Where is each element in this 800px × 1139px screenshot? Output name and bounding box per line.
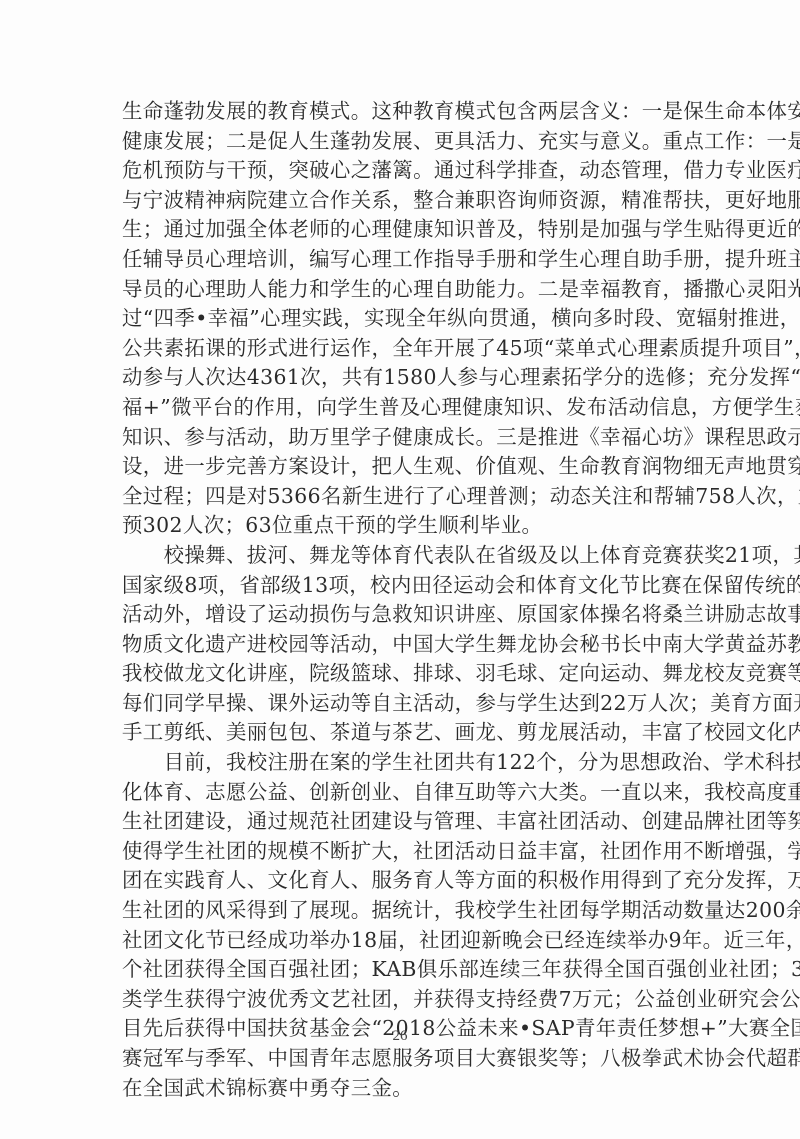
body-text: 生命蓬勃发展的教育模式。这种教育模式包含两层含义：一是保生命本体安全、 健康发展… (122, 97, 682, 1103)
document-page: 生命蓬勃发展的教育模式。这种教育模式包含两层含义：一是保生命本体安全、 健康发展… (0, 0, 800, 1139)
text-line: 在全国武术锦标赛中勇夺三金。 (122, 1074, 682, 1104)
text-line: 团在实践育人、文化育人、服务育人等方面的积极作用得到了充分发挥，万里学 (122, 866, 682, 896)
text-line: 与宁波精神病院建立合作关系，整合兼职咨询师资源，精准帮扶，更好地服务学 (122, 186, 682, 216)
text-line: 健康发展；二是促人生蓬勃发展、更具活力、充实与意义。重点工作：一是心理 (122, 127, 682, 157)
text-line: 化体育、志愿公益、创新创业、自律互助等六大类。一直以来，我校高度重视学 (122, 778, 682, 808)
text-line: 公共素拓课的形式进行运作，全年开展了45项“菜单式心理素质提升项目”，活 (122, 334, 682, 364)
text-line: 福+”微平台的作用，向学生普及心理健康知识、发布活动信息，方便学生获取 (122, 393, 682, 423)
text-line: 知识、参与活动，助万里学子健康成长。三是推进《幸福心坊》课程思政示范建 (122, 423, 682, 453)
paragraph-start-line: 目前，我校注册在案的学生社团共有122个，分为思想政治、学术科技、文 (122, 748, 682, 778)
text-line: 生命蓬勃发展的教育模式。这种教育模式包含两层含义：一是保生命本体安全、 (122, 97, 682, 127)
text-line: 预302人次；63位重点干预的学生顺利毕业。 (122, 511, 682, 541)
text-line: 活动外，增设了运动损伤与急救知识讲座、原国家体操名将桑兰讲励志故事，非 (122, 600, 682, 630)
text-line: 动参与人次达4361次，共有1580人参与心理素拓学分的选修；充分发挥“万里幸 (122, 363, 682, 393)
text-line: 任辅导员心理培训，编写心理工作指导手册和学生心理自助手册，提升班主任辅 (122, 245, 682, 275)
text-line: 危机预防与干预，突破心之藩篱。通过科学排查，动态管理，借力专业医疗机构， (122, 156, 682, 186)
text-line: 物质文化遗产进校园等活动，中国大学生舞龙协会秘书长中南大学黄益苏教授来 (122, 630, 682, 660)
page-number: 26 (0, 1028, 800, 1045)
text-line: 使得学生社团的规模不断扩大，社团活动日益丰富，社团作用不断增强，学生社 (122, 837, 682, 867)
text-line: 生；通过加强全体老师的心理健康知识普及，特别是加强与学生贴得更近的班主 (122, 215, 682, 245)
text-line: 导员的心理助人能力和学生的心理自助能力。二是幸福教育，播撒心灵阳光。通 (122, 275, 682, 305)
text-line: 我校做龙文化讲座，院级篮球、排球、羽毛球、定向运动、舞龙校友竞赛等比赛， (122, 659, 682, 689)
text-line: 类学生获得宁波优秀文艺社团，并获得支持经费7万元；公益创业研究会公益项 (122, 985, 682, 1015)
text-line: 社团文化节已经成功举办18届，社团迎新晚会已经连续举办9年。近三年，我校2 (122, 926, 682, 956)
text-line: 全过程；四是对5366名新生进行了心理普测；动态关注和帮辅758人次，重点干 (122, 482, 682, 512)
text-line: 国家级8项，省部级13项，校内田径运动会和体育文化节比赛在保留传统的竞赛 (122, 571, 682, 601)
text-line: 每们同学早操、课外运动等自主活动，参与学生达到22万人次；美育方面开设了 (122, 689, 682, 719)
text-line: 设，进一步完善方案设计，把人生观、价值观、生命教育润物细无声地贯穿教学 (122, 452, 682, 482)
text-line: 赛冠军与季军、中国青年志愿服务项目大赛银奖等；八极拳武术协会代超群同学 (122, 1044, 682, 1074)
text-line: 生社团的风采得到了展现。据统计，我校学生社团每学期活动数量达200余次； (122, 896, 682, 926)
paragraph-start-line: 校操舞、拔河、舞龙等体育代表队在省级及以上体育竞赛获奖21项，其中获 (122, 541, 682, 571)
text-line: 过“四季•幸福”心理实践，实现全年纵向贯通，横向多时段、宽辐射推进，以 (122, 304, 682, 334)
text-line: 手工剪纸、美丽包包、茶道与茶艺、画龙、剪龙展活动，丰富了校园文化内涵。 (122, 718, 682, 748)
text-line: 个社团获得全国百强社团；KAB俱乐部连续三年获得全国百强创业社团；3个文艺 (122, 955, 682, 985)
text-line: 生社团建设，通过规范社团建设与管理、丰富社团活动、创建品牌社团等努力， (122, 807, 682, 837)
